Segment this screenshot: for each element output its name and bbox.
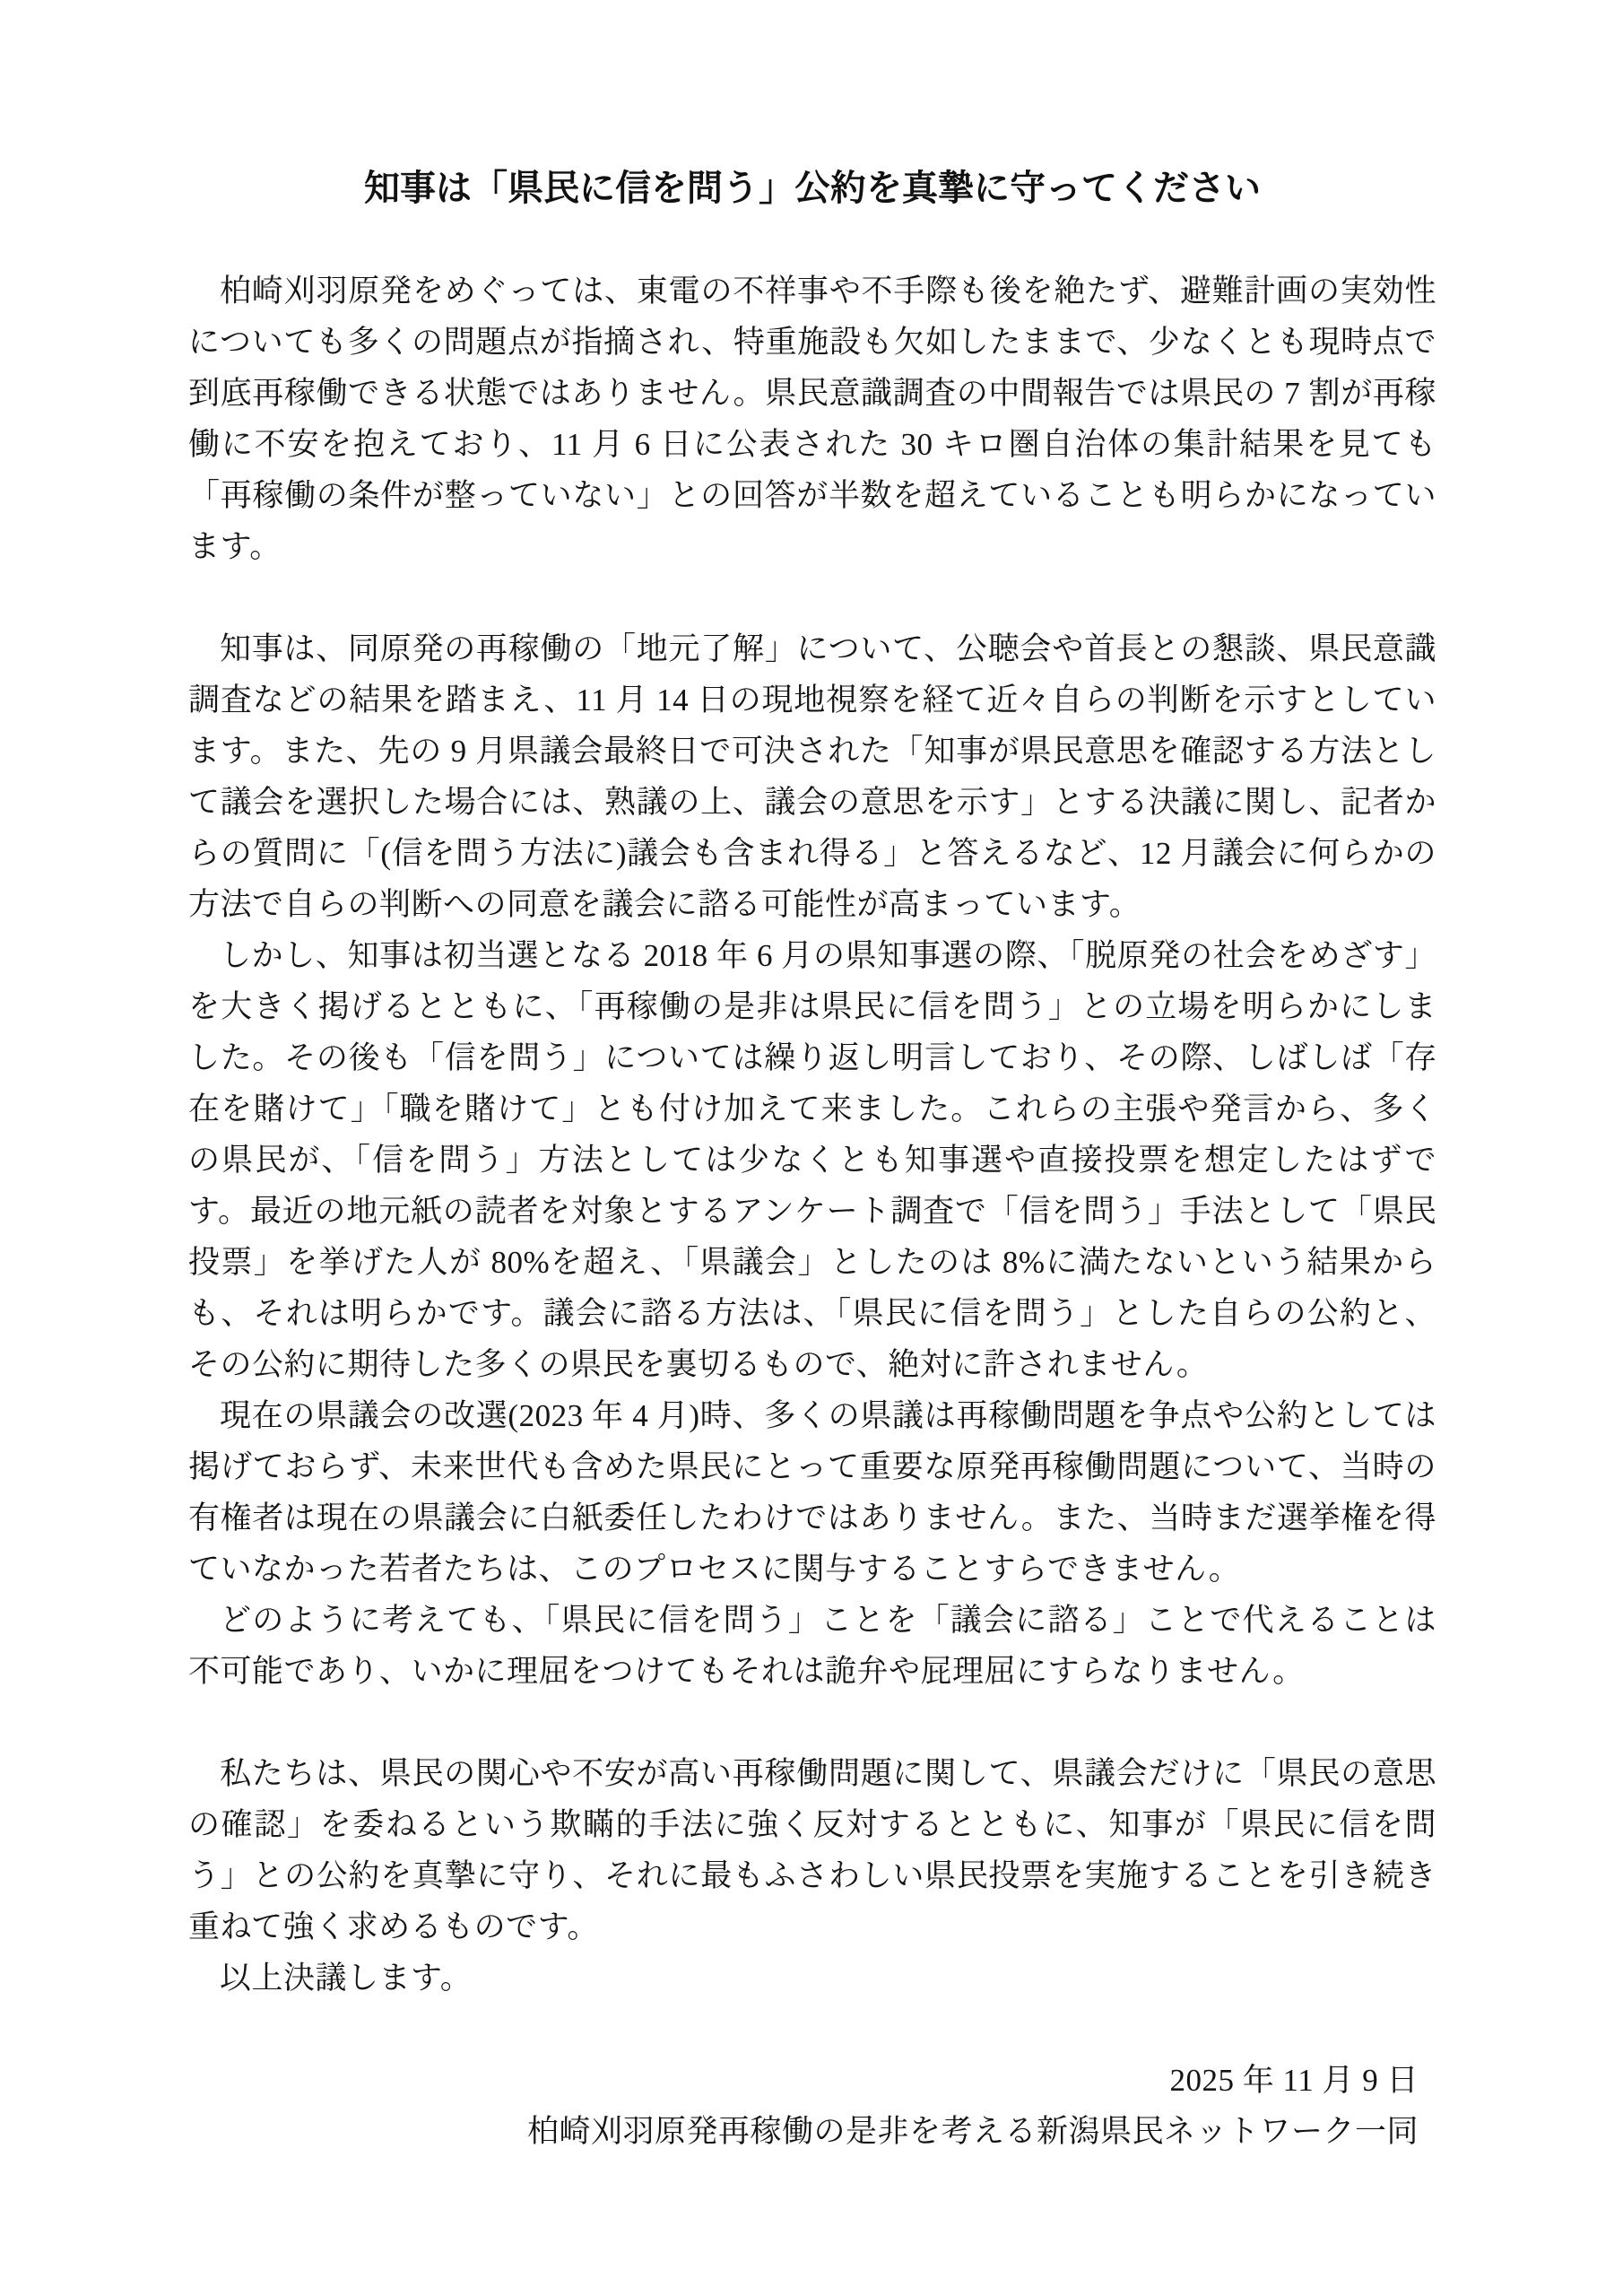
closing-block: 2025 年 11 月 9 日 柏崎刈羽原発再稼働の是非を考える新潟県民ネットワ… (188, 2055, 1436, 2157)
document-page: 知事は「県民に信を問う」公約を真摯に守ってください 柏崎刈羽原発をめぐっては、東… (0, 0, 1623, 2296)
document-signature: 柏崎刈羽原発再稼働の是非を考える新潟県民ネットワーク一同 (188, 2106, 1436, 2157)
document-content: 知事は「県民に信を問う」公約を真摯に守ってください 柏崎刈羽原発をめぐっては、東… (188, 0, 1436, 2157)
body-paragraph-1: 柏崎刈羽原発をめぐっては、東電の不祥事や不手際も後を絶たず、避難計画の実効性につ… (188, 265, 1436, 572)
body-paragraph-3: しかし、知事は初当選となる 2018 年 6 月の県知事選の際、「脱原発の社会を… (188, 930, 1436, 1390)
document-title: 知事は「県民に信を問う」公約を真摯に守ってください (188, 163, 1436, 214)
body-paragraph-7: 以上決議します。 (188, 1952, 1436, 2004)
document-date: 2025 年 11 月 9 日 (188, 2055, 1436, 2106)
body-paragraph-4: 現在の県議会の改選(2023 年 4 月)時、多くの県議は再稼働問題を争点や公約… (188, 1390, 1436, 1595)
body-paragraph-5: どのように考えても、「県民に信を問う」ことを「議会に諮る」ことで代えることは不可… (188, 1595, 1436, 1697)
body-paragraph-2: 知事は、同原発の再稼働の「地元了解」について、公聴会や首長との懇談、県民意識調査… (188, 623, 1436, 930)
body-paragraph-6: 私たちは、県民の関心や不安が高い再稼働問題に関して、県議会だけに「県民の意思の確… (188, 1748, 1436, 1952)
